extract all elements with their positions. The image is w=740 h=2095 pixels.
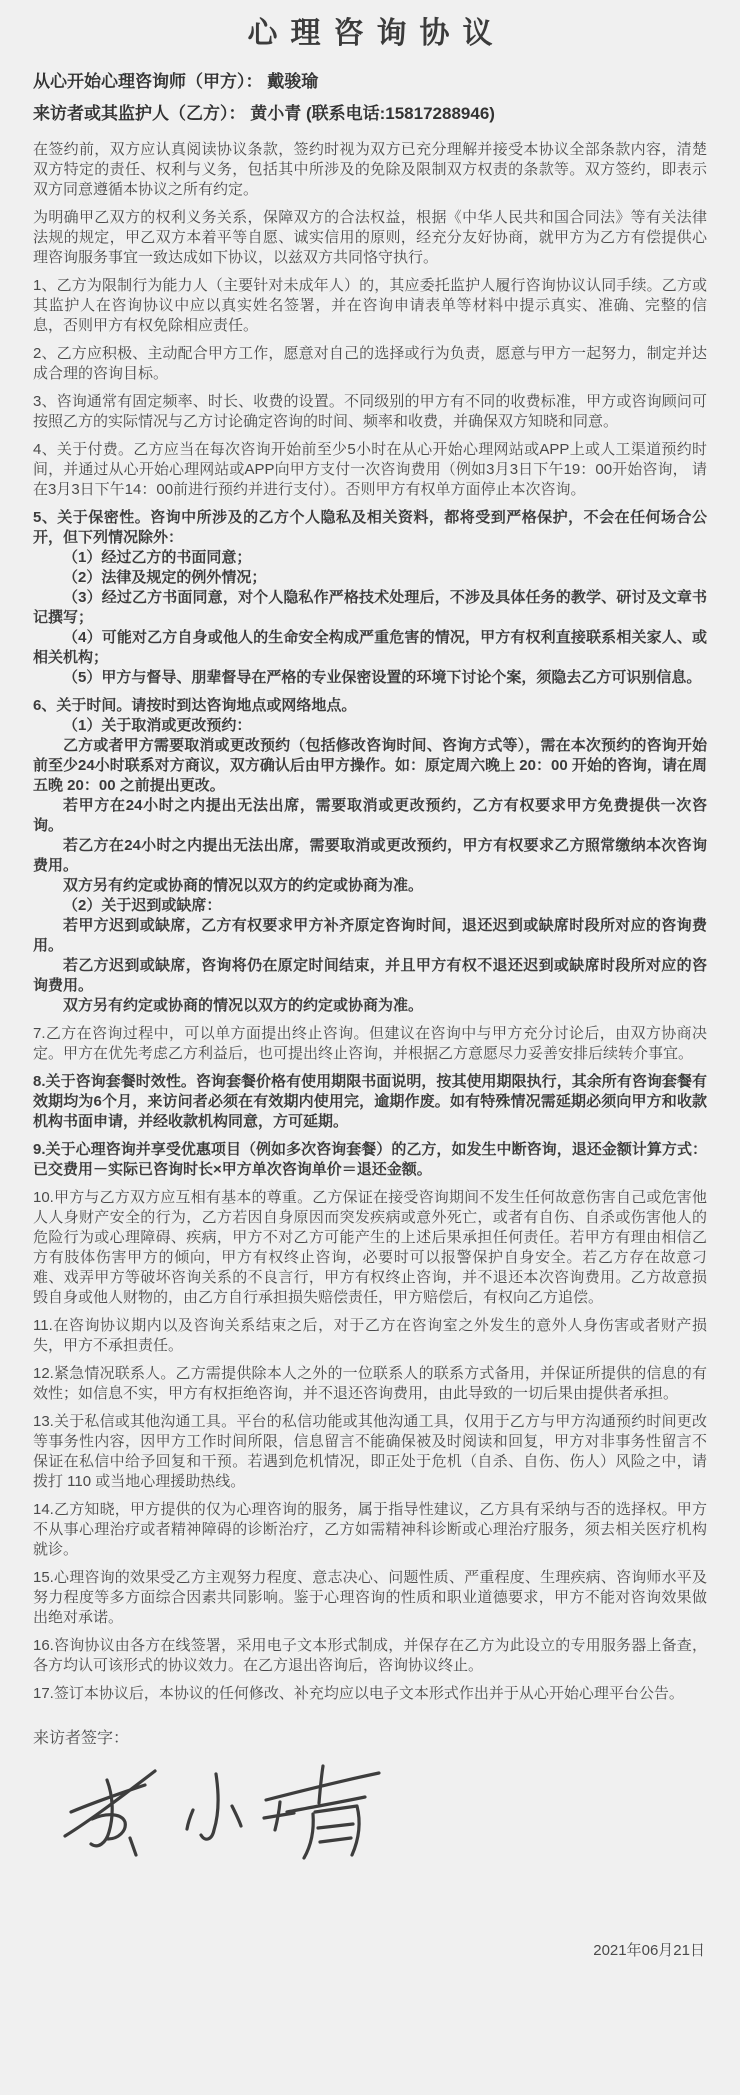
paragraph-line: 9.关于心理咨询并享受优惠项目（例如多次咨询套餐）的乙方，如发生中断咨询，退还金… xyxy=(33,1140,707,1180)
signature-stroke xyxy=(304,1814,313,1858)
paragraph-line: 11.在咨询协议期内以及咨询关系结束之后，对于乙方在咨询室之外发生的意外人身伤害… xyxy=(33,1316,707,1356)
paragraph: 1、乙方为限制行为能力人（主要针对未成年人）的，其应委托监护人履行咨询协议认同手… xyxy=(33,276,707,336)
party-b-line: 来访者或其监护人（乙方）： 黄小青 (联系电话:15817288946) xyxy=(33,102,707,126)
paragraph: 7.乙方在咨询过程中，可以单方面提出终止咨询。但建议在咨询中与甲方充分讨论后，由… xyxy=(33,1024,707,1064)
paragraph-line: 为明确甲乙双方的权利义务关系，保障双方的合法权益，根据《中华人民共和国合同法》等… xyxy=(33,208,707,268)
paragraph-line: 10.甲方与乙方双方应互相有基本的尊重。乙方保证在接受咨询期间不发生任何故意伤害… xyxy=(33,1188,707,1308)
agreement-document: { "header": { "title": "心理咨询协议", "party_… xyxy=(0,0,740,2095)
signature-stroke xyxy=(315,1806,359,1855)
paragraph-line: 若乙方迟到或缺席，咨询将仍在原定时间结束，并且甲方有权不退还迟到或缺席时段所对应… xyxy=(33,956,707,996)
paragraph: 为明确甲乙双方的权利义务关系，保障双方的合法权益，根据《中华人民共和国合同法》等… xyxy=(33,208,707,268)
paragraph-line: 7.乙方在咨询过程中，可以单方面提出终止咨询。但建议在咨询中与甲方充分讨论后，由… xyxy=(33,1024,707,1064)
paragraph-line: 若甲方在24小时之内提出无法出席，需要取消或更改预约，乙方有权要求甲方免费提供一… xyxy=(33,796,707,836)
signature-stroke xyxy=(201,1774,218,1839)
paragraph-line: 乙方或者甲方需要取消或更改预约（包括修改咨询时间、咨询方式等），需在本次预约的咨… xyxy=(33,736,707,796)
paragraph-line: 1、乙方为限制行为能力人（主要针对未成年人）的，其应委托监护人履行咨询协议认同手… xyxy=(33,276,707,336)
paragraph: 4、关于付费。乙方应当在每次咨询开始前至少5小时在从心开始心理网站或APP上或人… xyxy=(33,440,707,500)
paragraph-line: 17.签订本协议后，本协议的任何修改、补充均应以电子文本形式作出并于从心开始心理… xyxy=(33,1684,707,1704)
paragraph-line: 在签约前，双方应认真阅读协议条款，签约时视为双方已充分理解并接受本协议全部条款内… xyxy=(33,140,707,200)
paragraph-line: 14.乙方知晓，甲方提供的仅为心理咨询的服务，属于指导性建议，乙方具有采纳与否的… xyxy=(33,1500,707,1560)
paragraph-line: （3）经过乙方书面同意，对个人隐私作严格技术处理后，不涉及具体任务的教学、研讨及… xyxy=(33,588,707,628)
paragraph-line: （4）可能对乙方自身或他人的生命安全构成严重危害的情况，甲方有权利直接联系相关家… xyxy=(33,628,707,668)
paragraph-line: 6、关于时间。请按时到达咨询地点或网络地点。 xyxy=(33,696,707,716)
agreement-body: 在签约前，双方应认真阅读协议条款，签约时视为双方已充分理解并接受本协议全部条款内… xyxy=(33,140,707,1704)
paragraph: 14.乙方知晓，甲方提供的仅为心理咨询的服务，属于指导性建议，乙方具有采纳与否的… xyxy=(33,1500,707,1560)
party-a-line: 从心开始心理咨询师（甲方）： 戴骏瑜 xyxy=(33,70,707,94)
paragraph-line: 4、关于付费。乙方应当在每次咨询开始前至少5小时在从心开始心理网站或APP上或人… xyxy=(33,440,707,500)
paragraph-line: 16.咨询协议由各方在线签署，采用电子文本形式制成，并保存在乙方为此设立的专用服… xyxy=(33,1636,707,1676)
signature-stroke xyxy=(232,1806,241,1826)
paragraph: 11.在咨询协议期内以及咨询关系结束之后，对于乙方在咨询室之外发生的意外人身伤害… xyxy=(33,1316,707,1356)
paragraph: 9.关于心理咨询并享受优惠项目（例如多次咨询套餐）的乙方，如发生中断咨询，退还金… xyxy=(33,1140,707,1180)
agreement-date: 2021年06月21日 xyxy=(33,1939,707,1960)
paragraph-line: （2）关于迟到或缺席： xyxy=(33,896,707,916)
signature-stroke xyxy=(130,1838,136,1855)
paragraph-line: 15.心理咨询的效果受乙方主观努力程度、意志决心、问题性质、严重程度、生理疾病、… xyxy=(33,1568,707,1628)
paragraph: 3、咨询通常有固定频率、时长、收费的设置。不同级别的甲方有不同的收费标准，甲方或… xyxy=(33,392,707,432)
paragraph-line: 3、咨询通常有固定频率、时长、收费的设置。不同级别的甲方有不同的收费标准，甲方或… xyxy=(33,392,707,432)
paragraph-line: 8.关于咨询套餐时效性。咨询套餐价格有使用期限书面说明，按其使用期限执行，其余所… xyxy=(33,1072,707,1132)
paragraph-line: 2、乙方应积极、主动配合甲方工作，愿意对自己的选择或行为负责，愿意与甲方一起努力… xyxy=(33,344,707,384)
paragraph: 17.签订本协议后，本协议的任何修改、补充均应以电子文本形式作出并于从心开始心理… xyxy=(33,1684,707,1704)
paragraph: 12.紧急情况联系人。乙方需提供除本人之外的一位联系人的联系方式备用，并保证所提… xyxy=(33,1364,707,1404)
agreement-title: 心理咨询协议 xyxy=(33,16,707,52)
paragraph-line: 13.关于私信或其他沟通工具。平台的私信功能或其他沟通工具，仅用于乙方与甲方沟通… xyxy=(33,1412,707,1492)
paragraph: 5、关于保密性。咨询中所涉及的乙方个人隐私及相关资料，都将受到严格保护，不会在任… xyxy=(33,508,707,688)
paragraph-line: （5）甲方与督导、朋辈督导在严格的专业保密设置的环境下讨论个案，须隐去乙方可识别… xyxy=(33,668,707,688)
paragraph-line: 双方另有约定或协商的情况以双方的约定或协商为准。 xyxy=(33,996,707,1016)
paragraph: 8.关于咨询套餐时效性。咨询套餐价格有使用期限书面说明，按其使用期限执行，其余所… xyxy=(33,1072,707,1132)
paragraph: 10.甲方与乙方双方应互相有基本的尊重。乙方保证在接受咨询期间不发生任何故意伤害… xyxy=(33,1188,707,1308)
paragraph: 2、乙方应积极、主动配合甲方工作，愿意对自己的选择或行为负责，愿意与甲方一起努力… xyxy=(33,344,707,384)
paragraph-line: （1）关于取消或更改预约： xyxy=(33,716,707,736)
paragraph: 6、关于时间。请按时到达咨询地点或网络地点。（1）关于取消或更改预约：乙方或者甲… xyxy=(33,696,707,1016)
signature-stroke xyxy=(187,1810,193,1829)
paragraph-line: 若甲方迟到或缺席，乙方有权要求甲方补齐原定咨询时间，退还迟到或缺席时段所对应的咨… xyxy=(33,916,707,956)
paragraph-line: 双方另有约定或协商的情况以双方的约定或协商为准。 xyxy=(33,876,707,896)
signature-stroke xyxy=(318,1824,353,1828)
paragraph-line: 12.紧急情况联系人。乙方需提供除本人之外的一位联系人的联系方式备用，并保证所提… xyxy=(33,1364,707,1404)
paragraph-line: 5、关于保密性。咨询中所涉及的乙方个人隐私及相关资料，都将受到严格保护，不会在任… xyxy=(33,508,707,548)
paragraph-line: （1）经过乙方的书面同意； xyxy=(33,548,707,568)
signature-stroke xyxy=(320,1838,351,1842)
signature-handwriting xyxy=(61,1762,391,1867)
paragraph-line: 若乙方在24小时之内提出无法出席，需要取消或更改预约，甲方有权要求乙方照常缴纳本… xyxy=(33,836,707,876)
visitor-signature-label: 来访者签字： xyxy=(33,1728,707,1750)
paragraph-line: （2）法律及规定的例外情况； xyxy=(33,568,707,588)
paragraph: 13.关于私信或其他沟通工具。平台的私信功能或其他沟通工具，仅用于乙方与甲方沟通… xyxy=(33,1412,707,1492)
paragraph: 16.咨询协议由各方在线签署，采用电子文本形式制成，并保存在乙方为此设立的专用服… xyxy=(33,1636,707,1676)
paragraph: 在签约前，双方应认真阅读协议条款，签约时视为双方已充分理解并接受本协议全部条款内… xyxy=(33,140,707,200)
paragraph: 15.心理咨询的效果受乙方主观努力程度、意志决心、问题性质、严重程度、生理疾病、… xyxy=(33,1568,707,1628)
